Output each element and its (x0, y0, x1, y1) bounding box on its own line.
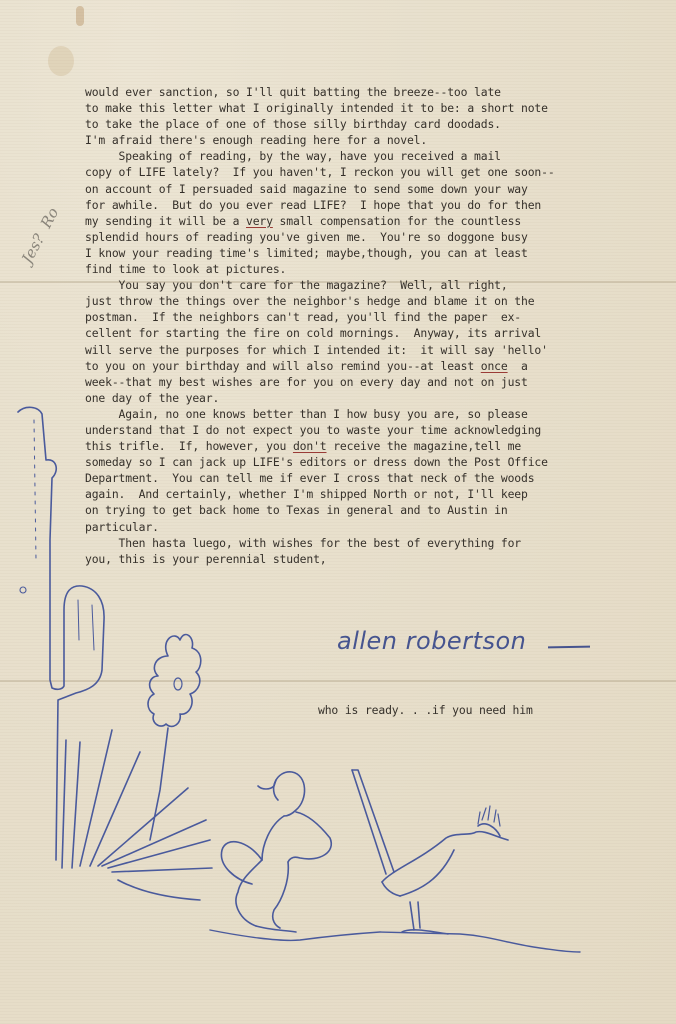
letter-line: will serve the purposes for which I inte… (85, 342, 645, 358)
letter-line: my sending it will be a very small compe… (85, 213, 645, 229)
underlined-word: don't (293, 439, 327, 453)
underlined-word: once (481, 359, 508, 373)
paper-fold-line (0, 680, 676, 682)
paper-stain (48, 46, 74, 76)
letter-line: You say you don't care for the magazine?… (85, 277, 645, 293)
letter-line: on trying to get back home to Texas in g… (85, 502, 645, 518)
letter-line: I'm afraid there's enough reading here f… (85, 132, 645, 148)
letter-line: again. And certainly, whether I'm shippe… (85, 486, 645, 502)
letter-line: postman. If the neighbors can't read, yo… (85, 309, 645, 325)
paper-stain (76, 6, 84, 26)
letter-line: understand that I do not expect you to w… (85, 422, 645, 438)
letter-line: this trifle. If, however, you don't rece… (85, 438, 645, 454)
letter-line: to make this letter what I originally in… (85, 100, 645, 116)
letter-line: Department. You can tell me if ever I cr… (85, 470, 645, 486)
letter-line: find time to look at pictures. (85, 261, 645, 277)
letter-line: one day of the year. (85, 390, 645, 406)
closing-line: who is ready. . .if you need him (318, 703, 533, 717)
letter-line: splendid hours of reading you've given m… (85, 229, 645, 245)
letter-line: cellent for starting the fire on cold mo… (85, 325, 645, 341)
letter-line: just throw the things over the neighbor'… (85, 293, 645, 309)
underlined-word: very (246, 214, 273, 228)
letter-line: you, this is your perennial student, (85, 551, 645, 567)
letter-body-text: would ever sanction, so I'll quit battin… (85, 84, 645, 567)
letter-line: particular. (85, 519, 645, 535)
letter-line: week--that my best wishes are for you on… (85, 374, 645, 390)
letter-line: Then hasta luego, with wishes for the be… (85, 535, 645, 551)
letter-line: to take the place of one of those silly … (85, 116, 645, 132)
signature: allen robertson (337, 627, 526, 655)
letter-line: to you on your birthday and will also re… (85, 358, 645, 374)
letter-line: for awhile. But do you ever read LIFE? I… (85, 197, 645, 213)
letter-line: someday so I can jack up LIFE's editors … (85, 454, 645, 470)
letter-line: copy of LIFE lately? If you haven't, I r… (85, 164, 645, 180)
letter-line: I know your reading time's limited; mayb… (85, 245, 645, 261)
letter-line: Again, no one knows better than I how bu… (85, 406, 645, 422)
letter-line: Speaking of reading, by the way, have yo… (85, 148, 645, 164)
letter-line: would ever sanction, so I'll quit battin… (85, 84, 645, 100)
letter-line: on account of I persuaded said magazine … (85, 181, 645, 197)
